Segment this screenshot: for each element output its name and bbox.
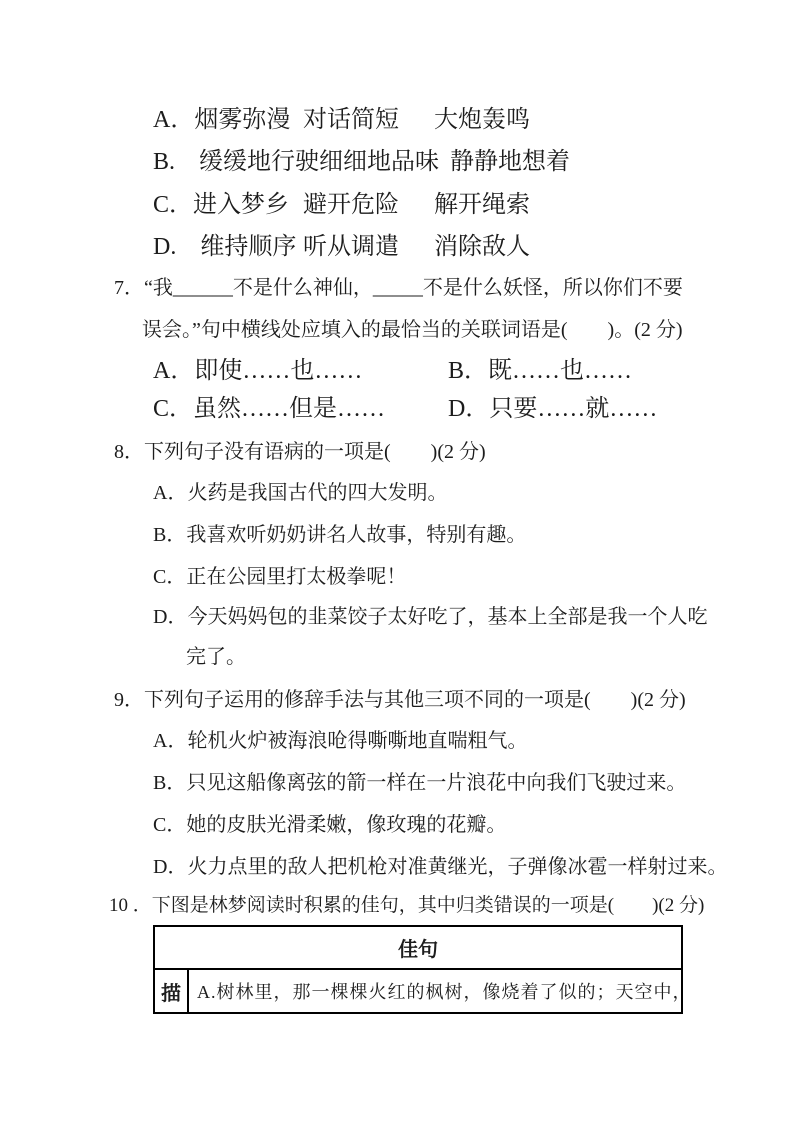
q6-d-phrase3: 消除敌人 [434,234,530,260]
q9-d-text: 火力点里的敌人把机枪对准黄继光，子弹像冰雹一样射过来。 [187,856,727,878]
q9-b-label: B． [153,772,186,794]
q8-c-text: 正在公园里打太极拳呢！ [186,566,406,588]
q6-b-cell1: B. 缓缓地行驶 [153,148,319,176]
q8-stem-text: 下列句子没有语病的一项是( )(2 分) [144,441,486,463]
q8-a-label: A． [153,482,187,504]
q6-a-phrase3: 大炮轰鸣 [434,107,530,133]
q9-number: 9． [114,689,144,713]
q6-option-row-c: C．进入梦乡避开危险解开绳索 [153,191,530,219]
q6-d-cell1: D. 维持顺序 [153,233,303,261]
q6-c-label: C． [153,192,193,218]
q8-b-label: B． [153,524,186,546]
q10-stem: 10 ．下图是林梦阅读时积累的佳句，其中归类错误的一项是( )(2 分) [109,895,704,917]
q6-b-phrase1: 缓缓地行驶 [199,149,319,175]
q7-b-label: B． [448,358,488,384]
q7-d-label: D． [448,396,489,422]
table-content-cell: A.树林里，那一棵棵火红的枫树，像烧着了似的；天空中， [189,970,681,1012]
q8-option-b: B．我喜欢听奶奶讲名人故事，特别有趣。 [153,524,526,548]
q9-option-d: D．火力点里的敌人把机枪对准黄继光，子弹像冰雹一样射过来。 [153,856,727,880]
q9-option-a: A．轮机火炉被海浪呛得嘶嘶地直喘粗气。 [153,730,527,754]
q7-d-text: 只要……就…… [489,396,657,422]
q8-option-d-continuation: 完了。 [186,646,246,670]
q7-c-text: 虽然……但是…… [193,396,385,422]
q7-stem-line1: 7．“我______不是什么神仙，_____不是什么妖怪，所以你们不要 [114,277,683,301]
q6-c-phrase1: 进入梦乡 [193,192,289,218]
q7-text-line1: “我______不是什么神仙，_____不是什么妖怪，所以你们不要 [144,277,683,299]
exam-page: A．烟雾弥漫对话简短大炮轰鸣 B. 缓缓地行驶细细地品味静静地想着 C．进入梦乡… [0,0,793,1122]
q7-stem-line2: 误会。”句中横线处应填入的最恰当的关联词语是( )。(2 分) [142,319,683,343]
q7-option-a: A．即使……也…… [153,357,362,385]
q9-stem: 9．下列句子运用的修辞手法与其他三项不同的一项是( )(2 分) [114,689,686,713]
q8-d-text: 今天妈妈包的韭菜饺子太好吃了，基本上全部是我一个人吃 [187,606,707,628]
q6-option-row-a: A．烟雾弥漫对话简短大炮轰鸣 [153,106,530,134]
q8-option-c: C．正在公园里打太极拳呢！ [153,566,406,590]
q9-b-text: 只见这船像离弦的箭一样在一片浪花中向我们飞驶过来。 [186,772,686,794]
q6-d-phrase2: 听从调遣 [303,233,434,261]
q6-a-cell1: A．烟雾弥漫 [153,106,303,134]
q8-option-d: D．今天妈妈包的韭菜饺子太好吃了，基本上全部是我一个人吃 [153,606,707,630]
table-category-cell: 描 [155,970,189,1012]
q6-d-phrase1: 维持顺序 [200,234,296,260]
q6-b-phrase3: 静静地想着 [450,149,570,175]
q6-c-cell1: C．进入梦乡 [153,191,303,219]
q9-d-label: D． [153,856,187,878]
q7-number: 7． [114,277,144,301]
q6-c-phrase2: 避开危险 [303,191,434,219]
table-row: 描 A.树林里，那一棵棵火红的枫树，像烧着了似的；天空中， [155,970,681,1012]
q6-a-phrase2: 对话简短 [303,106,434,134]
q7-c-label: C． [153,396,193,422]
q6-d-label: D. [153,234,200,260]
q6-a-label: A． [153,107,194,133]
q7-a-text: 即使……也…… [194,358,362,384]
q8-d-label: D． [153,606,187,628]
q6-a-phrase1: 烟雾弥漫 [194,107,290,133]
q8-c-label: C． [153,566,186,588]
q8-option-a: A．火药是我国古代的四大发明。 [153,482,447,506]
q7-option-d: D．只要……就…… [448,395,657,423]
q10-number: 10 ． [109,895,152,917]
q7-option-c: C．虽然……但是…… [153,395,385,423]
q7-a-label: A． [153,358,194,384]
q9-a-label: A． [153,730,187,752]
q10-sentence-table: 佳句 描 A.树林里，那一棵棵火红的枫树，像烧着了似的；天空中， [153,925,683,1014]
q8-number: 8． [114,441,144,465]
q10-stem-text: 下图是林梦阅读时积累的佳句，其中归类错误的一项是( )(2 分) [152,895,705,916]
q7-option-b: B．既……也…… [448,357,632,385]
q8-b-text: 我喜欢听奶奶讲名人故事，特别有趣。 [186,524,526,546]
q6-b-label: B. [153,149,199,175]
q9-stem-text: 下列句子运用的修辞手法与其他三项不同的一项是( )(2 分) [144,689,686,711]
q6-c-phrase3: 解开绳索 [434,192,530,218]
q9-option-b: B．只见这船像离弦的箭一样在一片浪花中向我们飞驶过来。 [153,772,686,796]
q8-a-text: 火药是我国古代的四大发明。 [187,482,447,504]
q9-option-c: C．她的皮肤光滑柔嫩，像玫瑰的花瓣。 [153,814,506,838]
q7-b-text: 既……也…… [488,358,632,384]
q6-option-row-b: B. 缓缓地行驶细细地品味静静地想着 [153,148,570,176]
q6-option-row-d: D. 维持顺序听从调遣消除敌人 [153,233,530,261]
q9-c-text: 她的皮肤光滑柔嫩，像玫瑰的花瓣。 [186,814,506,836]
q6-b-phrase2: 细细地品味 [319,148,450,176]
q9-a-text: 轮机火炉被海浪呛得嘶嘶地直喘粗气。 [187,730,527,752]
q8-stem: 8．下列句子没有语病的一项是( )(2 分) [114,441,486,465]
table-header-cell: 佳句 [155,927,681,970]
q9-c-label: C． [153,814,186,836]
